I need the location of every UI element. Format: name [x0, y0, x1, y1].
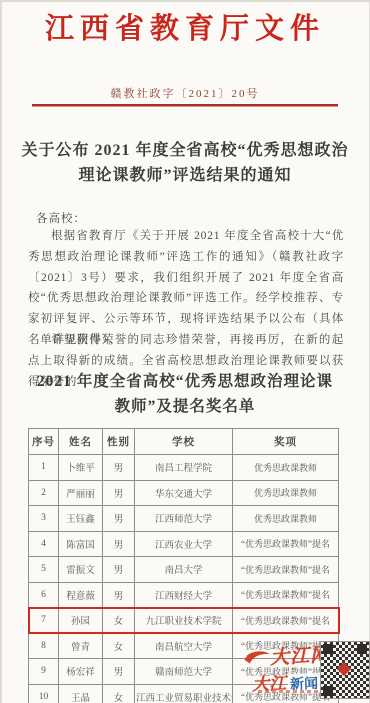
table-cell: 男	[103, 455, 135, 481]
award-list-title-line2: 教师”及提名奖名单	[15, 394, 355, 419]
table-cell: 江西财经大学	[135, 582, 233, 608]
table-row: 5雷振文男南昌大学“优秀思政课教师”提名	[29, 557, 339, 583]
table-row: 1卜维平男南昌工程学院优秀思政课教师	[29, 455, 339, 481]
table-row: 4陈富国男江西农业大学“优秀思政课教师”提名	[29, 531, 339, 557]
table-cell: 南昌航空大学	[135, 633, 233, 659]
table-cell: 6	[29, 582, 59, 608]
table-cell: 九江职业技术学院	[135, 608, 233, 634]
table-cell: 孙园	[59, 608, 103, 634]
award-list-title-line1: 2021 年度全省高校“优秀思想政治理论课	[15, 369, 355, 394]
document-number: 赣教社政字〔2021〕20号	[0, 85, 370, 101]
table-cell: 7	[29, 608, 59, 634]
table-cell: 男	[103, 480, 135, 506]
table-cell: 3	[29, 506, 59, 532]
table-cell: 5	[29, 557, 59, 583]
table-cell: 男	[103, 659, 135, 685]
table-cell: 1	[29, 455, 59, 481]
table-cell: 南昌大学	[135, 557, 233, 583]
table-cell: “优秀思政课教师”提名	[233, 582, 339, 608]
table-cell: 雷振文	[59, 557, 103, 583]
table-cell: “优秀思政课教师”提名	[233, 531, 339, 557]
table-cell: 曾青	[59, 633, 103, 659]
table-cell: 优秀思政课教师	[233, 480, 339, 506]
table-cell: 优秀思政课教师	[233, 455, 339, 481]
qr-code	[320, 641, 370, 699]
table-cell: 8	[29, 633, 59, 659]
table-cell: 江西工业贸易职业技术学院	[135, 684, 233, 703]
table-cell: 杨宏祥	[59, 659, 103, 685]
table-cell: 江西农业大学	[135, 531, 233, 557]
table-cell: 程意薇	[59, 582, 103, 608]
award-list-title: 2021 年度全省高校“优秀思想政治理论课 教师”及提名奖名单	[15, 369, 355, 419]
col-header-award: 奖项	[233, 429, 339, 455]
table-cell: 卜维平	[59, 455, 103, 481]
table-cell: 10	[29, 684, 59, 703]
table-cell: 赣南师范大学	[135, 659, 233, 685]
table-cell: 女	[103, 608, 135, 634]
table-row: 7孙园女九江职业技术学院“优秀思政课教师”提名	[29, 608, 339, 634]
col-header-gender: 性别	[103, 429, 135, 455]
table-cell: 男	[103, 557, 135, 583]
watermark: 大江网 大江新闻	[238, 640, 370, 703]
table-cell: 优秀思政课教师	[233, 506, 339, 532]
salutation: 各高校：	[36, 210, 86, 226]
letterhead-title: 江西省教育厅文件	[0, 6, 370, 47]
table-cell: “优秀思政课教师”提名	[233, 608, 339, 634]
table-row: 3王钰鑫男江西师范大学优秀思政课教师	[29, 506, 339, 532]
swoosh-logo-icon	[242, 648, 273, 667]
table-cell: 王钰鑫	[59, 506, 103, 532]
letterhead-divider	[32, 104, 338, 107]
table-cell: 9	[29, 659, 59, 685]
table-row: 2严丽丽男华东交通大学优秀思政课教师	[29, 480, 339, 506]
table-cell: 男	[103, 506, 135, 532]
document-page: 江西省教育厅文件 赣教社政字〔2021〕20号 关于公布 2021 年度全省高校…	[0, 0, 370, 703]
table-header-row: 序号 姓名 性别 学校 奖项	[29, 429, 339, 455]
notice-title-line1: 关于公布 2021 年度全省高校“优秀思想政治	[15, 138, 355, 163]
table-cell: “优秀思政课教师”提名	[233, 557, 339, 583]
table-row: 6程意薇男江西财经大学“优秀思政课教师”提名	[29, 582, 339, 608]
col-header-index: 序号	[29, 429, 59, 455]
col-header-name: 姓名	[59, 429, 103, 455]
notice-title: 关于公布 2021 年度全省高校“优秀思想政治 理论课教师”评选结果的通知	[15, 138, 355, 188]
col-header-school: 学校	[135, 429, 233, 455]
table-cell: 南昌工程学院	[135, 455, 233, 481]
watermark-tagline-decoration	[258, 690, 320, 693]
table-cell: 严丽丽	[59, 480, 103, 506]
table-cell: 王晶	[59, 684, 103, 703]
table-cell: 江西师范大学	[135, 506, 233, 532]
table-cell: 华东交通大学	[135, 480, 233, 506]
table-cell: 女	[103, 633, 135, 659]
table-cell: 男	[103, 531, 135, 557]
watermark-site-logo: 大江网	[241, 640, 330, 672]
table-cell: 男	[103, 582, 135, 608]
table-cell: 陈富国	[59, 531, 103, 557]
table-cell: 2	[29, 480, 59, 506]
notice-title-line2: 理论课教师”评选结果的通知	[15, 163, 355, 188]
table-cell: 女	[103, 684, 135, 703]
table-cell: 4	[29, 531, 59, 557]
